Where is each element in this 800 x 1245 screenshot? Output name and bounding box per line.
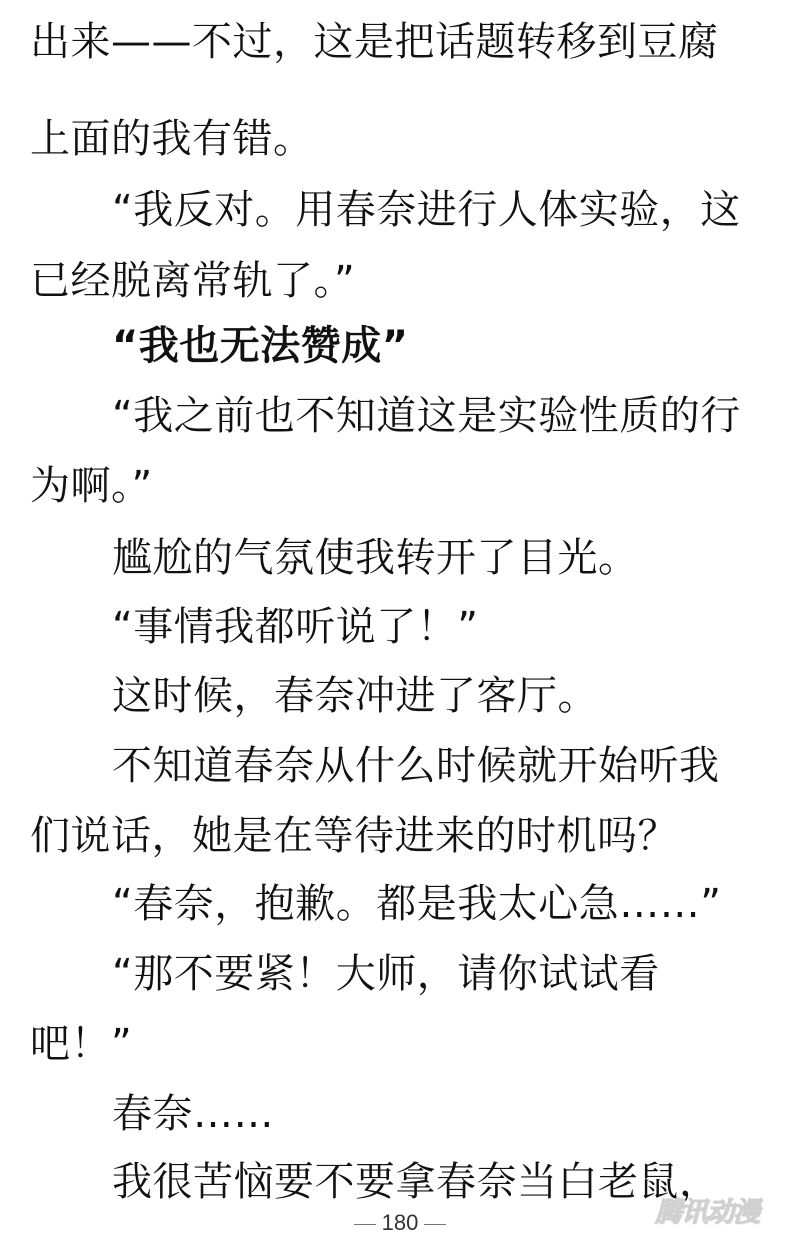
book-page: 出来——不过，这是把话题转移到豆腐上面的我有错。“我反对。用春奈进行人体实验，这… [0,0,800,1245]
text-line: 这时候，春奈冲进了客厅。 [112,672,598,720]
text-line: 出来——不过，这是把话题转移到豆腐 [30,18,719,66]
text-line: “我反对。用春奈进行人体实验，这 [112,186,741,234]
text-line: “事情我都听说了！” [112,603,478,651]
page-number-value: 180 [382,1210,419,1235]
text-line: “我之前也不知道这是实验性质的行 [112,392,741,440]
text-line: 我很苦恼要不要拿春奈当白老鼠， [112,1158,720,1206]
text-line: 已经脱离常轨了。” [30,257,355,305]
text-line: “春奈，抱歉。都是我太心急……” [112,880,721,928]
dash-right [424,1224,446,1225]
dash-left [354,1224,376,1225]
text-line: 春奈…… [112,1090,274,1138]
text-line: 尴尬的气氛使我转开了目光。 [112,534,639,582]
text-line: 不知道春奈从什么时候就开始听我 [112,742,720,790]
watermark-logo: 腾讯动漫 [655,1190,783,1226]
text-line: “我也无法赞成” [112,322,409,370]
text-line: 吧！” [30,1020,132,1068]
text-line: 为啊。” [30,462,153,510]
text-line: 们说话，她是在等待进来的时机吗？ [30,812,678,860]
text-line: 上面的我有错。 [30,115,314,163]
text-line: “那不要紧！大师，请你试试看 [112,950,660,998]
